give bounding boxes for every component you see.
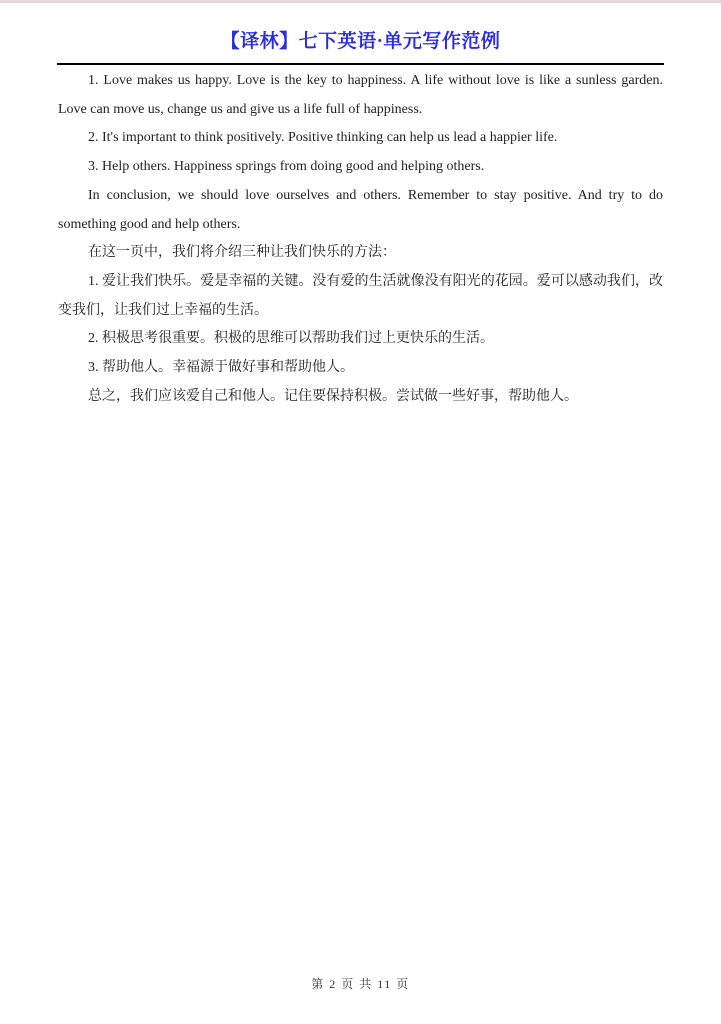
paragraph-chinese-2: 2. 积极思考很重要。积极的思维可以帮助我们过上更快乐的生活。 <box>58 325 663 354</box>
paragraph-english-1: 1. Love makes us happy. Love is the key … <box>58 67 663 124</box>
paragraph-chinese-intro: 在这一页中，我们将介绍三种让我们快乐的方法： <box>58 239 663 268</box>
page-title: 【译林】七下英语·单元写作范例 <box>0 0 721 55</box>
paragraph-english-2: 2. It's important to think positively. P… <box>58 124 663 153</box>
paragraph-english-conclusion: In conclusion, we should love ourselves … <box>58 182 663 239</box>
document-page: 【译林】七下英语·单元写作范例 1. Love makes us happy. … <box>0 0 721 1024</box>
title-divider <box>57 63 664 65</box>
paragraph-chinese-3: 3. 帮助他人。幸福源于做好事和帮助他人。 <box>58 354 663 383</box>
page-top-border <box>0 0 721 3</box>
paragraph-chinese-1: 1. 爱让我们快乐。爱是幸福的关键。没有爱的生活就像没有阳光的花园。爱可以感动我… <box>58 268 663 325</box>
document-body: 1. Love makes us happy. Love is the key … <box>58 67 663 411</box>
paragraph-chinese-conclusion: 总之，我们应该爱自己和他人。记住要保持积极。尝试做一些好事，帮助他人。 <box>58 383 663 412</box>
page-number-indicator: 第 2 页 共 11 页 <box>0 975 721 992</box>
paragraph-english-3: 3. Help others. Happiness springs from d… <box>58 153 663 182</box>
